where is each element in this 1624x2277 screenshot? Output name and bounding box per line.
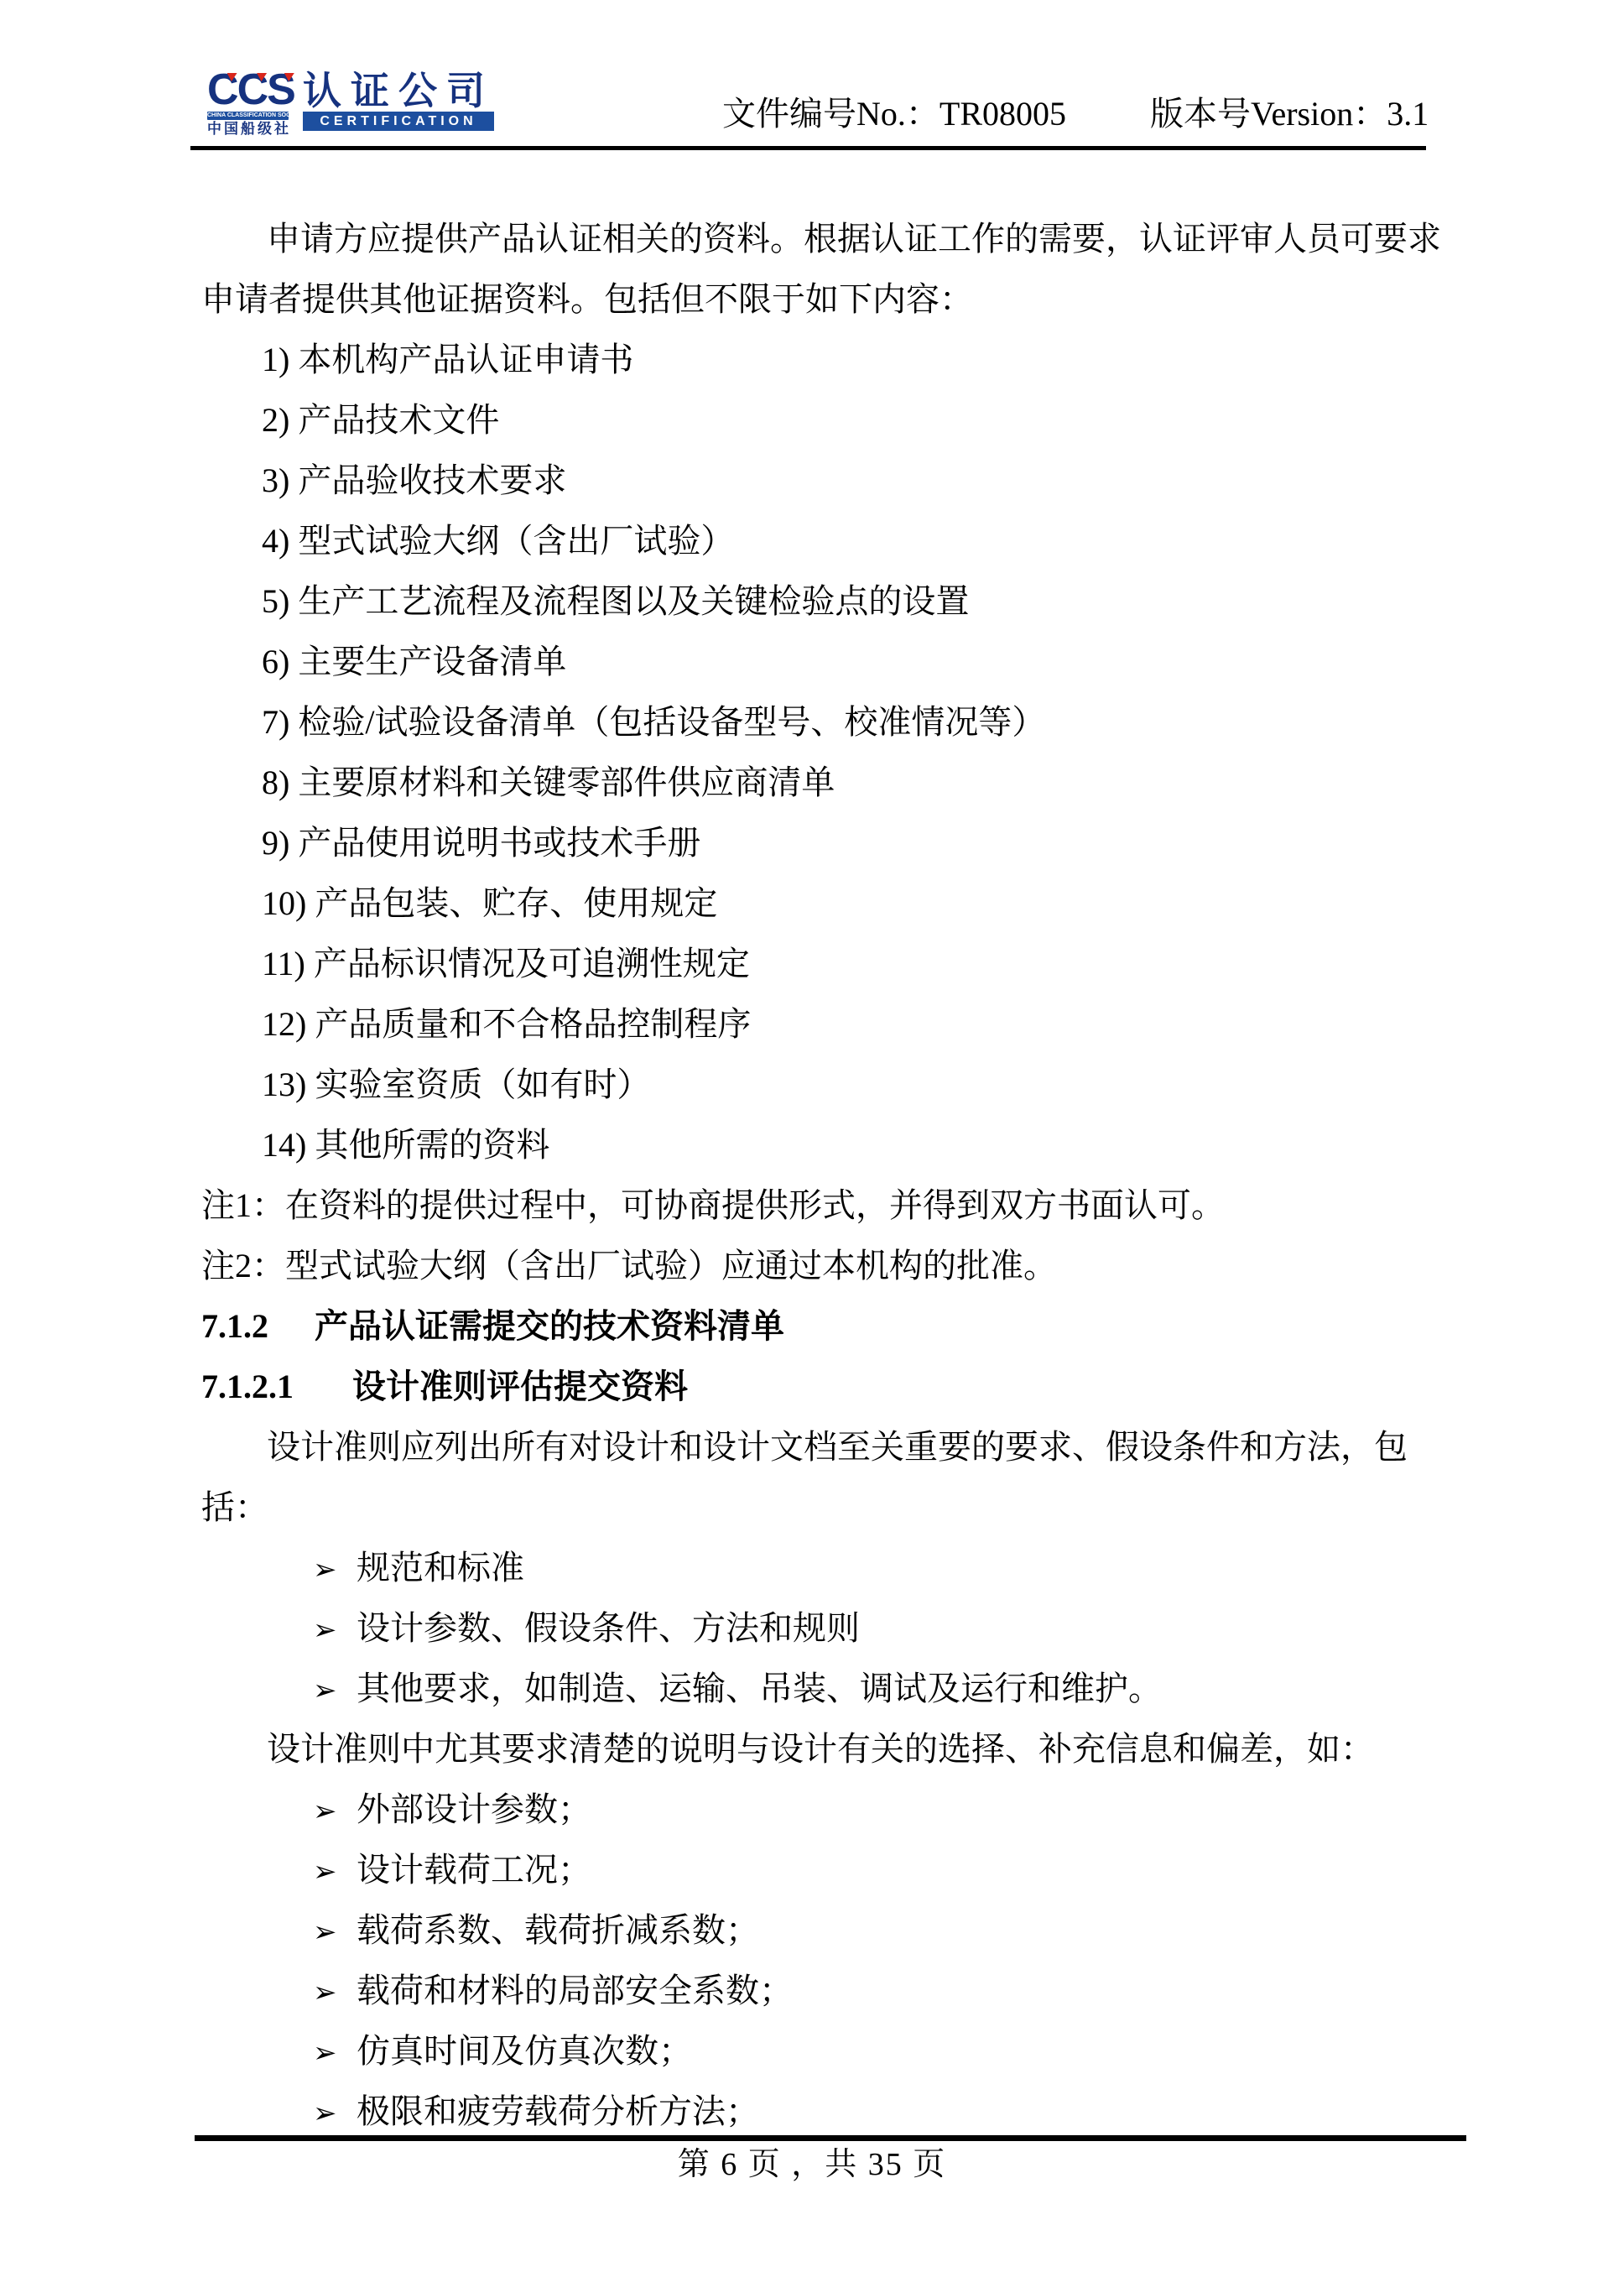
bullet-text: 仿真时间及仿真次数； bbox=[357, 2032, 692, 2070]
list-item: 14) 其他所需的资料 bbox=[201, 1115, 1426, 1175]
version-number: 版本号Version：3.1 bbox=[1150, 95, 1429, 133]
bullet-item: ➢仿真时间及仿真次数； bbox=[201, 2021, 1426, 2082]
arrow-bullet-icon: ➢ bbox=[313, 1540, 357, 1600]
section-heading: 7.1.2产品认证需提交的技术资料清单 bbox=[201, 1296, 1426, 1357]
bullet-text: 载荷和材料的局部安全系数； bbox=[357, 1972, 793, 2009]
bullet-item: ➢设计载荷工况； bbox=[201, 1840, 1426, 1900]
section-title: 设计准则评估提交资料 bbox=[352, 1368, 688, 1405]
list-item: 8) 主要原材料和关键零部件供应商清单 bbox=[201, 753, 1426, 813]
bullet-item: ➢极限和疲劳载荷分析方法； bbox=[201, 2082, 1426, 2142]
society-cn-char: 级 bbox=[258, 122, 272, 136]
list-item: 9) 产品使用说明书或技术手册 bbox=[201, 813, 1426, 873]
arrow-bullet-icon: ➢ bbox=[313, 2023, 357, 2083]
bullet-item: ➢外部设计参数； bbox=[201, 1779, 1426, 1840]
society-cn-char: 国 bbox=[224, 122, 238, 136]
society-chinese-name: 中国船级社 bbox=[207, 122, 289, 136]
header-doc-meta: 文件编号No.：TR08005 版本号Version：3.1 bbox=[722, 94, 1429, 134]
document-body: 申请方应提供产品认证相关的资料。根据认证工作的需要，认证评审人员可要求申请者提供… bbox=[201, 209, 1426, 2142]
footer-rule bbox=[195, 2135, 1466, 2141]
list-item: 1) 本机构产品认证申请书 bbox=[201, 330, 1426, 390]
arrow-bullet-icon: ➢ bbox=[313, 1660, 357, 1721]
paragraph-line: 申请方应提供产品认证相关的资料。根据认证工作的需要，认证评审人员可要求 bbox=[201, 209, 1426, 269]
list-item: 13) 实验室资质（如有时） bbox=[201, 1055, 1426, 1115]
bullet-text: 极限和疲劳载荷分析方法； bbox=[357, 2092, 759, 2130]
ccs-logo-left: CCS CHINA CLASSIFICATION SOCIETY 中国船级社 bbox=[207, 72, 289, 136]
certification-company-name: 认证公司 bbox=[303, 72, 494, 109]
paragraph-line: 设计准则应列出所有对设计和设计文档至关重要的要求、假设条件和方法，包 bbox=[201, 1417, 1426, 1477]
ccs-letter: C bbox=[237, 72, 268, 109]
bullet-text: 其他要求，如制造、运输、吊装、调试及运行和维护。 bbox=[357, 1670, 1162, 1707]
list-item: 12) 产品质量和不合格品控制程序 bbox=[201, 994, 1426, 1055]
bullet-item: ➢规范和标准 bbox=[201, 1538, 1426, 1598]
bullet-item: ➢载荷和材料的局部安全系数； bbox=[201, 1961, 1426, 2021]
document-page: CCS CHINA CLASSIFICATION SOCIETY 中国船级社 认… bbox=[0, 0, 1624, 2277]
paragraph-line: 申请者提供其他证据资料。包括但不限于如下内容： bbox=[201, 269, 1426, 330]
list-item: 2) 产品技术文件 bbox=[201, 390, 1426, 451]
paragraph-line: 括： bbox=[201, 1477, 1426, 1538]
header-rule bbox=[190, 146, 1426, 150]
bullet-item: ➢载荷系数、载荷折减系数； bbox=[201, 1900, 1426, 1961]
ccs-logo: CCS CHINA CLASSIFICATION SOCIETY 中国船级社 认… bbox=[207, 72, 494, 136]
arrow-bullet-icon: ➢ bbox=[313, 1600, 357, 1660]
section-number: 7.1.2 bbox=[201, 1307, 268, 1345]
list-item: 3) 产品验收技术要求 bbox=[201, 451, 1426, 511]
section-title: 产品认证需提交的技术资料清单 bbox=[315, 1307, 784, 1345]
bullet-item: ➢其他要求，如制造、运输、吊装、调试及运行和维护。 bbox=[201, 1659, 1426, 1719]
arrow-bullet-icon: ➢ bbox=[313, 1962, 357, 2023]
bullet-item: ➢设计参数、假设条件、方法和规则 bbox=[201, 1598, 1426, 1659]
page-number: 第 6 页 ，共 35 页 bbox=[0, 2144, 1624, 2185]
ccs-letter: C bbox=[207, 72, 237, 109]
list-item: 4) 型式试验大纲（含出厂试验） bbox=[201, 511, 1426, 571]
society-cn-char: 中 bbox=[207, 122, 221, 136]
society-cn-char: 船 bbox=[241, 122, 255, 136]
arrow-bullet-icon: ➢ bbox=[313, 1902, 357, 1962]
society-cn-char: 社 bbox=[274, 122, 289, 136]
bullet-text: 规范和标准 bbox=[357, 1549, 524, 1587]
list-item: 5) 生产工艺流程及流程图以及关键检验点的设置 bbox=[201, 571, 1426, 632]
list-item: 7) 检验/试验设备清单（包括设备型号、校准情况等） bbox=[201, 692, 1426, 753]
certification-bar: CERTIFICATION bbox=[303, 112, 494, 131]
list-item: 11) 产品标识情况及可追溯性规定 bbox=[201, 934, 1426, 994]
ccs-letters: CCS bbox=[207, 72, 289, 109]
section-number: 7.1.2.1 bbox=[201, 1368, 294, 1405]
arrow-bullet-icon: ➢ bbox=[313, 1842, 357, 1902]
bullet-text: 设计载荷工况； bbox=[357, 1851, 591, 1889]
paragraph-line: 设计准则中尤其要求清楚的说明与设计有关的选择、补充信息和偏差，如： bbox=[201, 1719, 1426, 1779]
section-heading: 7.1.2.1设计准则评估提交资料 bbox=[201, 1357, 1426, 1417]
note-line: 注2：型式试验大纲（含出厂试验）应通过本机构的批准。 bbox=[201, 1236, 1426, 1296]
bullet-text: 载荷系数、载荷折减系数； bbox=[357, 1911, 759, 1949]
note-line: 注1：在资料的提供过程中，可协商提供形式，并得到双方书面认可。 bbox=[201, 1175, 1426, 1236]
list-item: 10) 产品包装、贮存、使用规定 bbox=[201, 873, 1426, 934]
bullet-text: 设计参数、假设条件、方法和规则 bbox=[357, 1609, 860, 1647]
bullet-text: 外部设计参数； bbox=[357, 1790, 591, 1828]
document-number: 文件编号No.：TR08005 bbox=[722, 95, 1066, 133]
ccs-logo-right: 认证公司 CERTIFICATION bbox=[303, 72, 494, 131]
list-item: 6) 主要生产设备清单 bbox=[201, 632, 1426, 692]
arrow-bullet-icon: ➢ bbox=[313, 1781, 357, 1842]
ccs-letter: S bbox=[267, 72, 294, 109]
